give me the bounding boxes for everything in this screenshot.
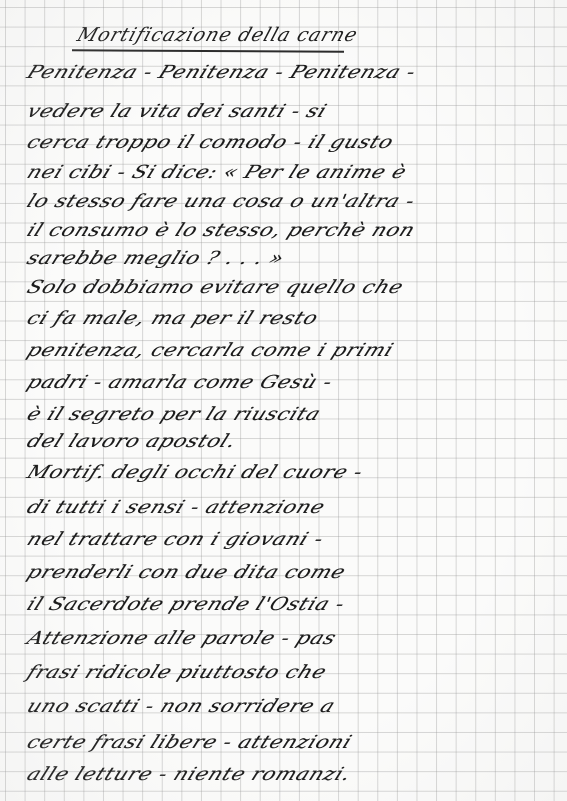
text-line: vedere la vita dei santi - si: [24, 101, 330, 122]
text-line: penitenza, cercarla come i primi: [24, 340, 397, 361]
text-line: alle letture - niente romanzi.: [24, 764, 355, 785]
text-line: è il segreto per la riuscita: [24, 404, 324, 425]
text-line: Attenzione alle parole - pas: [24, 628, 340, 649]
text-line: padri - amarla come Gesù -: [24, 372, 336, 393]
text-line: frasi ridicole piuttosto che: [24, 662, 330, 683]
text-line: cerca troppo il comodo - il gusto: [24, 132, 397, 153]
text-line: del lavoro apostol.: [24, 431, 240, 452]
text-line: nei cibi - Si dice: « Per le anime è: [24, 162, 410, 183]
text-line: lo stesso fare una cosa o un'altra -: [24, 191, 419, 212]
text-line: certe frasi libere - attenzioni: [24, 732, 355, 753]
text-line: ci fa male, ma per il resto: [24, 308, 322, 329]
text-line: prenderli con due dita come: [24, 562, 349, 583]
text-line: Penitenza - Penitenza - Penitenza -: [24, 62, 420, 83]
text-line: uno scatti - non sorridere a: [24, 696, 339, 717]
text-line: Mortif. degli occhi del cuore -: [24, 462, 367, 483]
text-line: sarebbe meglio ? . . . »: [24, 248, 288, 269]
text-line: Solo dobbiamo evitare quello che: [24, 277, 407, 298]
handwritten-text-body: Penitenza - Penitenza - Penitenza - vede…: [0, 0, 567, 801]
text-line: nel trattare con i giovani -: [24, 529, 327, 550]
text-line: il Sacerdote prende l'Ostia -: [24, 594, 349, 615]
text-line: il consumo è lo stesso, perchè non: [24, 220, 419, 241]
notebook-page: Mortificazione della carne Penitenza - P…: [0, 0, 567, 801]
text-line: di tutti i sensi - attenzione: [24, 497, 329, 518]
